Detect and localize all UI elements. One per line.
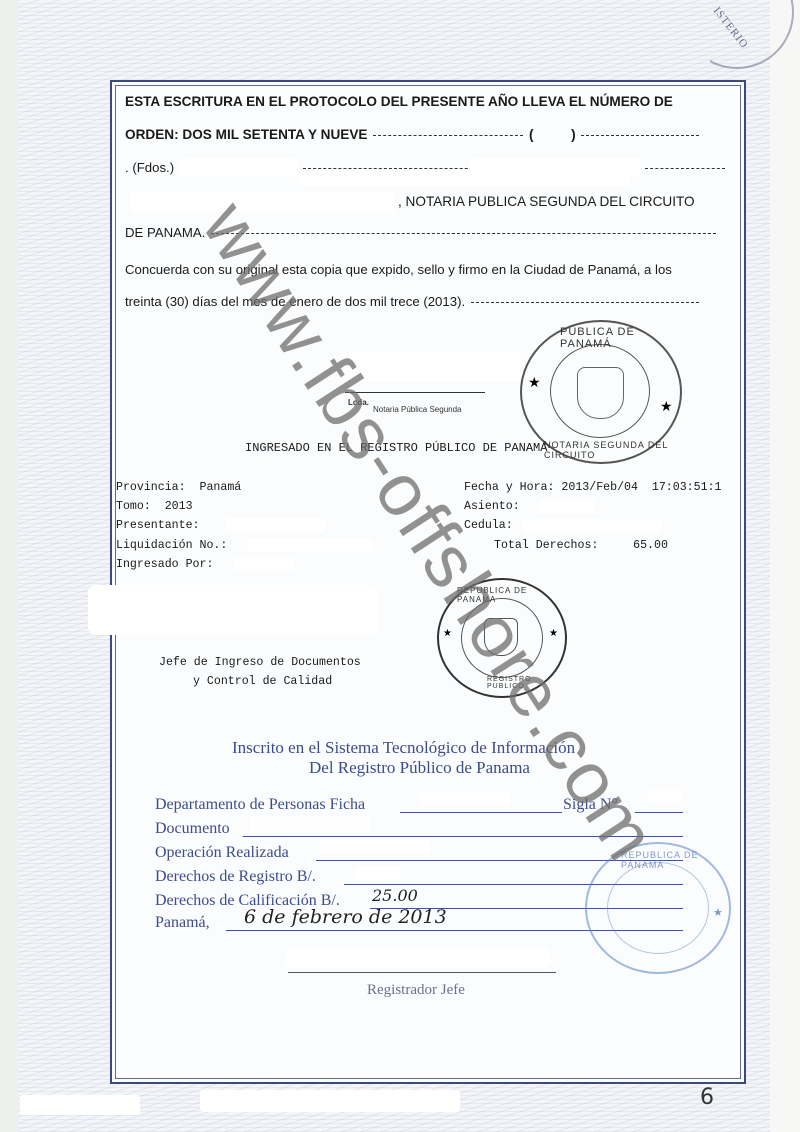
ingresado-por-label: Ingresado Por: — [116, 558, 213, 571]
seal-top-text: PÚBLICA DE PANAMÁ — [560, 326, 680, 350]
redacted-documento — [250, 817, 370, 831]
star-icon: ★ — [549, 628, 558, 639]
redacted-signature — [340, 352, 520, 382]
operacion-label: Operación Realizada — [155, 844, 289, 862]
departamento-label: Departamento de Personas Ficha — [155, 796, 365, 814]
asiento-label: Asiento: — [464, 500, 520, 513]
presentante-label: Presentante: — [116, 519, 200, 532]
signature-title: Notaria Pública Segunda — [373, 405, 462, 414]
dash-fill — [471, 302, 699, 303]
liquidacion-label: Liquidación No.: — [116, 539, 227, 552]
stamp-title-line2: Del Registro Público de Panama — [309, 758, 530, 778]
dash-fill — [211, 233, 716, 234]
redacted-asiento — [540, 500, 595, 514]
redacted-footer — [200, 1090, 460, 1112]
tomo-value: 2013 — [165, 500, 193, 513]
redacted-name — [180, 158, 298, 176]
signature-line — [288, 972, 556, 973]
order-number-text: ORDEN: DOS MIL SETENTA Y NUEVE — [125, 127, 367, 142]
registry-seal: REPUBLICA DE PANAMA REGISTRO PUBLICO ★ ★ — [437, 578, 567, 698]
redacted-presentante — [225, 518, 325, 532]
redacted-sigla — [648, 789, 683, 803]
paren-open: ( — [529, 127, 534, 142]
certificate-line-6: Concuerda con su original esta copia que… — [125, 262, 672, 277]
certificate-line-2: ORDEN: DOS MIL SETENTA Y NUEVE ( ) — [125, 127, 701, 142]
ficha-field-line — [400, 812, 562, 813]
fecha-row: Fecha y Hora: 2013/Feb/04 17:03:51:1 — [464, 481, 721, 494]
redacted-derechos-registro — [355, 866, 400, 880]
seal-bottom-text: NOTARIA SEGUNDA DEL CIRCUITO — [544, 440, 680, 460]
coat-of-arms-icon — [484, 618, 518, 656]
redacted-liquidacion — [248, 538, 373, 552]
provincia-row: Provincia: Panamá — [116, 481, 241, 494]
signature-prefix: Lcda. — [348, 398, 369, 407]
certificate-line-7: treinta (30) días del mes de enero de do… — [125, 294, 701, 309]
dash-fill — [373, 135, 523, 136]
dash-fill — [303, 168, 493, 169]
star-icon: ★ — [660, 398, 673, 415]
seal-bottom-text: REGISTRO PUBLICO — [487, 676, 565, 690]
tomo-row: Tomo: 2013 — [116, 500, 193, 513]
cedula-label: Cedula: — [464, 519, 513, 532]
derechos-calificacion-value: 25.00 — [372, 886, 418, 905]
signature-line — [345, 392, 485, 393]
redacted-operacion — [320, 840, 430, 854]
stamp-title-line1: Inscrito en el Sistema Tecnológico de In… — [232, 738, 575, 758]
registry-signatory-line2: y Control de Calidad — [193, 675, 332, 688]
redacted-notary-name — [130, 192, 395, 212]
tomo-label: Tomo: — [116, 500, 151, 513]
sigla-field-line — [635, 812, 683, 813]
derechos-registro-label: Derechos de Registro B/. — [155, 868, 316, 886]
redacted-name — [300, 172, 630, 186]
registry-blue-seal: REPUBLICA DE PANAMA ★ — [585, 842, 731, 974]
star-icon: ★ — [713, 906, 723, 919]
star-icon: ★ — [443, 628, 452, 639]
seal-top-text: REPUBLICA DE PANAMA — [457, 586, 565, 604]
registry-signatory-line1: Jefe de Ingreso de Documentos — [159, 656, 361, 669]
redacted-cedula — [522, 519, 662, 533]
total-label: Total Derechos: — [494, 539, 598, 552]
handwritten-date: 6 de febrero de 2013 — [244, 906, 447, 928]
certificate-line-5-text: DE PANAMA. — [125, 225, 205, 240]
registrar-title: Registrador Jefe — [367, 982, 465, 999]
hora-value: 17:03:51:1 — [652, 481, 722, 494]
certificate-line-1: ESTA ESCRITURA EN EL PROTOCOLO DEL PRESE… — [125, 94, 673, 109]
panama-label: Panamá, — [155, 914, 210, 932]
total-value: 65.00 — [633, 539, 668, 552]
coat-of-arms-icon — [577, 367, 624, 419]
provincia-label: Provincia: — [116, 481, 186, 494]
certificate-line-5: DE PANAMA. — [125, 225, 718, 240]
dash-fill — [581, 135, 699, 136]
certificate-line-7-text: treinta (30) días del mes de enero de do… — [125, 294, 465, 309]
redacted-ingresado-por — [235, 557, 295, 571]
documento-field-line — [243, 836, 683, 837]
sigla-label: Sigla N° — [563, 796, 618, 814]
dash-fill — [645, 168, 725, 169]
seal-top-text: REPUBLICA DE PANAMA — [621, 850, 729, 870]
seal-inner-ring — [607, 862, 709, 954]
redacted-signature — [88, 585, 378, 635]
page-edge — [770, 0, 800, 1132]
certificate-line-4: , NOTARIA PUBLICA SEGUNDA DEL CIRCUITO — [398, 194, 695, 209]
total-row: Total Derechos: 65.00 — [494, 539, 668, 552]
page-number: 6 — [700, 1085, 714, 1110]
redacted-footer — [20, 1095, 140, 1115]
provincia-value: Panamá — [200, 481, 242, 494]
signed-label: . (Fdos.) — [125, 160, 174, 175]
redacted-signature — [285, 948, 550, 968]
redacted-ficha — [420, 792, 510, 806]
documento-label: Documento — [155, 820, 230, 838]
paren-close: ) — [571, 127, 576, 142]
star-icon: ★ — [528, 374, 541, 391]
fecha-value: 2013/Feb/04 — [561, 481, 638, 494]
fecha-label: Fecha y Hora: — [464, 481, 554, 494]
registry-heading: INGRESADO EN EL REGISTRO PÚBLICO DE PANA… — [245, 441, 547, 455]
